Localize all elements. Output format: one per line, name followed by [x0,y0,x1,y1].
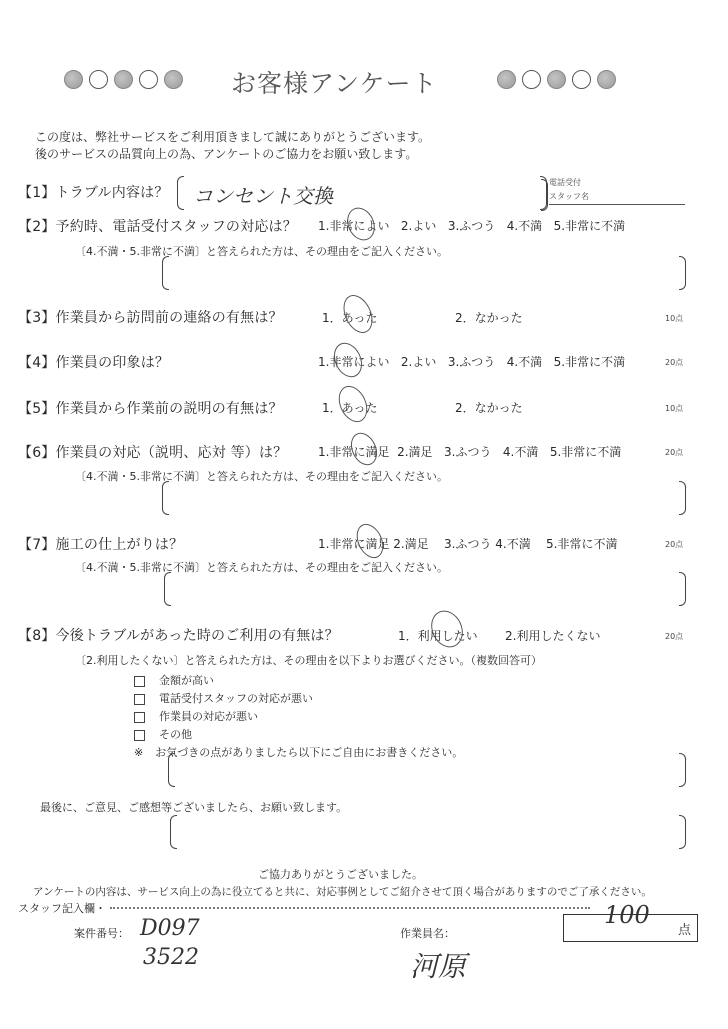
q7-option-5[interactable]: 5.非常に不満 [546,537,617,551]
intro-line-1: この度は、弊社サービスをご利用頂きまして誠にありがとうございます。 [35,128,430,145]
question-text: トラブル内容は？ [56,185,169,201]
case-number-value-2: 3522 [143,945,199,970]
score-value: 100 [604,901,650,929]
question-number: 【5】 [18,401,56,417]
selection-circle [352,520,389,563]
phone-staff-field[interactable]: 電話受付 スタッフ名 [549,177,685,205]
question-6: 【6】作業員の対応（説明、応対 等）は？ [18,442,287,462]
checkbox-row[interactable]: その他 [134,726,192,742]
phone-staff-label-1: 電話受付 [549,177,685,188]
question-text: 作業員の対応（説明、応対 等）は？ [56,445,288,461]
circle-decoration [64,70,83,89]
question-number: 【8】 [18,628,56,644]
circle-decoration [572,70,591,89]
question-4: 【4】作業員の印象は？ [18,352,169,372]
checkbox[interactable] [134,712,145,723]
checkbox-row[interactable]: 電話受付スタッフの対応が悪い [134,690,313,706]
q4-option-5[interactable]: 5.非常に不満 [554,355,625,369]
q2-reason-field[interactable] [162,256,686,290]
q8-reason-prompt: 〔2.利用したくない〕と答えられた方は、その理由を以下よりお選びください。（複数… [75,652,542,668]
q3-points: 10点 [665,313,683,324]
q2-option-2[interactable]: 2.よい [401,219,436,233]
circle-decoration [164,70,183,89]
q7-option-4[interactable]: 4.不満 [495,537,530,551]
question-text: 作業員の印象は？ [56,355,170,371]
q7-reason-field[interactable] [164,572,686,606]
q6-reason-field[interactable] [162,481,686,515]
q7-option-3[interactable]: 3.ふつう [444,537,491,551]
q6-points: 20点 [665,447,683,458]
q8-points: 20点 [665,631,683,642]
q7-points: 20点 [665,539,683,550]
q5-option-2[interactable]: 2．なかった [455,399,523,416]
worker-name-value: 河原 [410,945,466,985]
question-number: 【1】 [18,185,56,201]
checkbox[interactable] [134,694,145,705]
question-text: 施工の仕上がりは？ [56,537,184,553]
score-unit: 点 [678,919,691,938]
header-decoration-right [497,70,616,89]
circle-decoration [522,70,541,89]
q5-points: 10点 [665,403,683,414]
checkbox-label: 電話受付スタッフの対応が悪い [159,692,313,705]
score-box[interactable]: 100 点 [563,914,698,942]
checkbox[interactable] [134,730,145,741]
question-5: 【5】作業員から作業前の説明の有無は？ [18,398,283,418]
thanks-text: ご協力ありがとうございました。 [258,866,423,882]
checkbox-row[interactable]: 金額が高い [134,672,214,688]
question-number: 【6】 [18,445,56,461]
checkbox-label: その他 [159,728,192,741]
checkbox-label: 作業員の対応が悪い [159,710,258,723]
circle-decoration [114,70,133,89]
question-1: 【1】トラブル内容は？ [18,182,169,202]
final-comment-prompt: 最後に、ご意見、ご感想等ございましたら、お願い致します。 [40,799,347,815]
q4-option-3[interactable]: 3.ふつう [448,355,495,369]
checkbox-label: 金額が高い [159,674,214,687]
q3-option-2[interactable]: 2．なかった [455,309,523,326]
q4-option-2[interactable]: 2.よい [401,355,436,369]
q6-option-2[interactable]: 2.満足 [397,445,432,459]
question-text: 作業員から作業前の説明の有無は？ [56,401,283,417]
q6-option-3[interactable]: 3.ふつう [444,445,491,459]
question-3: 【3】作業員から訪問前の連絡の有無は？ [18,307,283,327]
case-number-label: 案件番号： [74,925,129,941]
question-number: 【4】 [18,355,56,371]
question-number: 【3】 [18,310,56,326]
question-7: 【7】施工の仕上がりは？ [18,534,183,554]
question-2: 【2】予約時、電話受付スタッフの対応は？ [18,216,297,236]
q6-option-4[interactable]: 4.不満 [503,445,538,459]
page-title: お客様アンケート [231,64,438,100]
phone-staff-label-2: スタッフ名 [549,191,685,202]
q8-note-field[interactable] [168,753,686,787]
case-number-value-1: D097 [140,916,200,941]
question-8: 【8】今後トラブルがあった時のご利用の有無は？ [18,625,339,645]
header-decoration-left [64,70,183,89]
worker-name-label: 作業員名： [400,925,455,941]
selection-circle [333,381,373,426]
q4-option-4[interactable]: 4.不満 [507,355,542,369]
notice-text: アンケートの内容は、サービス向上の為に役立てると共に、対応事例としてご紹介させて… [33,884,652,899]
question-number: 【7】 [18,537,56,553]
q2-option-3[interactable]: 3.ふつう [448,219,495,233]
selection-circle [425,605,468,652]
q6-option-5[interactable]: 5.非常に不満 [550,445,621,459]
q7-option-2[interactable]: 2.満足 [393,537,428,551]
staff-section-label: スタッフ記入欄・ [18,900,106,916]
question-text: 今後トラブルがあった時のご利用の有無は？ [56,628,339,644]
checkbox-row[interactable]: 作業員の対応が悪い [134,708,258,724]
trouble-content-value: コンセント交換 [193,180,333,209]
intro-line-2: 後のサービスの品質向上の為、アンケートのご協力をお願い致します。 [35,145,417,162]
note-mark-icon: ※ [134,746,143,759]
q8-option-2[interactable]: 2.利用したくない [505,627,600,644]
selection-circle [329,338,368,382]
trouble-content-field[interactable]: コンセント交換 [177,176,547,210]
q4-options: 1.非常によい 2.よい 3.ふつう 4.不満 5.非常に不満 [318,353,625,370]
q4-points: 20点 [665,357,683,368]
circle-decoration [597,70,616,89]
selection-circle [346,429,382,470]
circle-decoration [139,70,158,89]
question-number: 【2】 [18,219,56,235]
circle-decoration [89,70,108,89]
selection-circle [338,290,378,337]
checkbox[interactable] [134,676,145,687]
q2-option-5[interactable]: 5.非常に不満 [554,219,625,233]
q2-option-4[interactable]: 4.不満 [507,219,542,233]
bracket [541,179,548,211]
dotted-divider [110,907,590,909]
circle-decoration [547,70,566,89]
final-comment-field[interactable] [170,815,686,849]
question-text: 作業員から訪問前の連絡の有無は？ [56,310,283,326]
question-text: 予約時、電話受付スタッフの対応は？ [56,219,297,235]
circle-decoration [497,70,516,89]
